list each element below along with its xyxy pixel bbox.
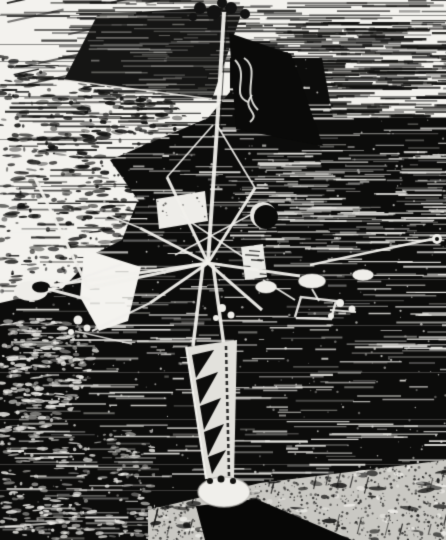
photo-figure — [0, 0, 446, 540]
photo-canvas — [0, 0, 446, 540]
